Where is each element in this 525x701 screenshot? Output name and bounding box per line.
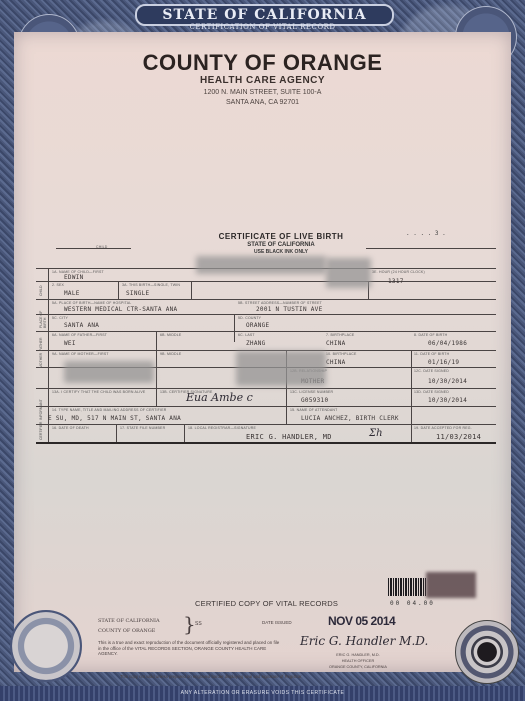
agency-address-line1: 1200 N. MAIN STREET, SUITE 100-A <box>0 89 525 96</box>
redaction <box>196 256 326 274</box>
birth-county: ORANGE <box>246 322 269 329</box>
side-label-place: PLACE OF BIRTH <box>39 302 47 328</box>
rule-thick <box>36 442 496 444</box>
birth-certificate-form: CERTIFICATE OF LIVE BIRTH STATE OF CALIF… <box>36 228 496 448</box>
field-label: 5C. CITY <box>52 316 68 320</box>
state-seal-icon <box>10 610 82 682</box>
registrar-initials: Ʃh <box>369 428 383 439</box>
rule <box>411 350 412 424</box>
date-accepted: 11/03/2014 <box>436 433 481 441</box>
field-label: 8. DATE OF BIRTH <box>414 333 447 337</box>
rule <box>36 281 496 282</box>
county-title: COUNTY OF ORANGE <box>0 50 525 76</box>
attestation-text: This is a true and exact reproduction of… <box>98 640 283 657</box>
father-birth-date: 06/04/1986 <box>428 340 467 347</box>
field-label: 11. DATE OF BIRTH <box>414 352 449 356</box>
ss-label: SS <box>195 621 202 627</box>
side-label-father: FATHER <box>39 333 43 351</box>
form-title: CERTIFICATE OF LIVE BIRTH <box>191 232 371 241</box>
certifier-signature: Eua Ambe c <box>186 391 253 404</box>
field-label: 19. DATE ACCEPTED FOR REG. <box>414 426 472 430</box>
agency-name: HEALTH CARE AGENCY <box>0 75 525 86</box>
rule <box>36 388 496 389</box>
certifier-address: E SU, MD, 517 N MAIN ST, SANTA ANA <box>48 415 181 422</box>
redaction <box>64 361 154 383</box>
rule <box>234 314 235 342</box>
registrar-signature: Eric G. Handler M.D. <box>300 634 428 648</box>
control-number: 00 04.00 <box>390 600 435 607</box>
street-address: 2001 N TUSTIN AVE <box>256 306 323 313</box>
birth-city: SANTA ANA <box>64 322 99 329</box>
field-label: 5B. STREET ADDRESS—NUMBER OF STREET <box>238 301 322 305</box>
local-registrar: ERIC G. HANDLER, MD <box>246 433 332 441</box>
field-label: 14. TYPE NAME, TITLE AND MAILING ADDRESS… <box>52 408 166 412</box>
redaction <box>326 258 371 288</box>
agency-address-line2: SANTA ANA, CA 92701 <box>0 99 525 106</box>
certified-copy-heading: CERTIFIED COPY OF VITAL RECORDS <box>195 599 338 608</box>
state-label: STATE OF CALIFORNIA <box>98 618 160 624</box>
brace: } <box>183 612 196 636</box>
section-label: CHILD <box>96 245 108 249</box>
barcode <box>388 578 426 596</box>
rule <box>56 248 131 249</box>
field-label: 9B. MIDDLE <box>160 352 181 356</box>
field-label: 3A. THIS BIRTH—SINGLE, TWIN <box>122 283 180 287</box>
field-label: 13C. LICENSE NUMBER <box>290 390 333 394</box>
field-label: 9A. NAME OF MOTHER—FIRST <box>52 352 109 356</box>
side-label-certifier: CERTIFIER <box>39 426 43 440</box>
registrar-name: ERIC G. HANDLER, M.D. <box>318 653 398 657</box>
rule <box>184 424 185 442</box>
mother-birthplace: CHINA <box>326 359 346 366</box>
field-label: 6A. NAME OF FATHER—FIRST <box>52 333 107 337</box>
redaction <box>426 572 476 598</box>
attendant-name: LUCIA ANCHEZ, BIRTH CLERK <box>301 415 399 422</box>
field-label: 12C. DATE SIGNED <box>414 369 449 373</box>
field-label: 5D. COUNTY <box>238 316 261 320</box>
field-label: 10. BIRTHPLACE <box>326 352 357 356</box>
rule <box>366 248 496 249</box>
county-label: COUNTY OF ORANGE <box>98 628 155 634</box>
banner-subtitle: CERTIFICATION OF VITAL RECORD <box>150 23 375 31</box>
field-label: 6C. LAST <box>238 333 255 337</box>
certifier-date: 10/30/2014 <box>428 397 467 404</box>
registrar-agency: ORANGE COUNTY, CALIFORNIA <box>318 665 398 669</box>
mother-birth-date: 01/16/19 <box>428 359 459 366</box>
child-first-name: EDWIN <box>64 274 84 281</box>
side-label-mother: MOTHER <box>39 352 43 368</box>
date-issued: NOV 05 2014 <box>328 614 395 628</box>
alteration-warning: ANY ALTERATION OR ERASURE VOIDS THIS CER… <box>0 690 525 696</box>
rule <box>36 314 496 315</box>
single-multiple: SINGLE <box>126 290 149 297</box>
redaction <box>236 351 326 386</box>
validity-notice: This copy not valid unless prepared on e… <box>120 674 430 679</box>
field-label: 18. LOCAL REGISTRAR—SIGNATURE <box>188 426 256 430</box>
field-label: 5A. PLACE OF BIRTH—NAME OF HOSPITAL <box>52 301 131 305</box>
field-label: 15. NAME OF ATTENDANT <box>290 408 338 412</box>
rule <box>36 424 496 425</box>
certifier-license: G059310 <box>301 397 328 404</box>
side-label-child: CHILD <box>39 272 43 296</box>
rule <box>116 424 117 442</box>
child-sex: MALE <box>64 290 80 297</box>
registrar-title: HEALTH OFFICER <box>318 659 398 663</box>
rule <box>118 281 119 299</box>
field-label: 7. BIRTHPLACE <box>326 333 354 337</box>
field-label: 13D. DATE SIGNED <box>414 390 449 394</box>
father-first-name: WEI <box>64 340 76 347</box>
birth-facility: WESTERN MEDICAL CTR-SANTA ANA <box>64 306 177 313</box>
field-label: 6B. MIDDLE <box>160 333 181 337</box>
field-label: 17. STATE FILE NUMBER <box>120 426 165 430</box>
form-ink-note: USE BLACK INK ONLY <box>191 249 371 255</box>
field-label: 2. SEX <box>52 283 64 287</box>
form-number: . . . . 3 . <box>406 230 446 237</box>
field-label: 16. DATE OF DEATH <box>52 426 89 430</box>
rule <box>191 281 192 299</box>
rule <box>411 424 412 442</box>
informant-date: 10/30/2014 <box>428 378 467 385</box>
father-birthplace: CHINA <box>326 340 346 347</box>
county-seal-icon <box>455 620 519 684</box>
rule <box>36 331 496 332</box>
rule <box>156 331 157 406</box>
side-label-informant: INFORMANT <box>39 390 43 420</box>
field-label: 3E. HOUR (24 HOUR CLOCK) <box>372 270 425 274</box>
field-label: 13A. I CERTIFY THAT THE CHILD WAS BORN A… <box>52 390 145 394</box>
rule <box>36 299 496 300</box>
father-last-name: ZHANG <box>246 340 266 347</box>
time-of-birth: 1317 <box>388 278 404 285</box>
form-state: STATE OF CALIFORNIA <box>191 242 371 248</box>
rule <box>36 406 496 407</box>
date-issued-label: DATE ISSUED <box>262 620 292 625</box>
